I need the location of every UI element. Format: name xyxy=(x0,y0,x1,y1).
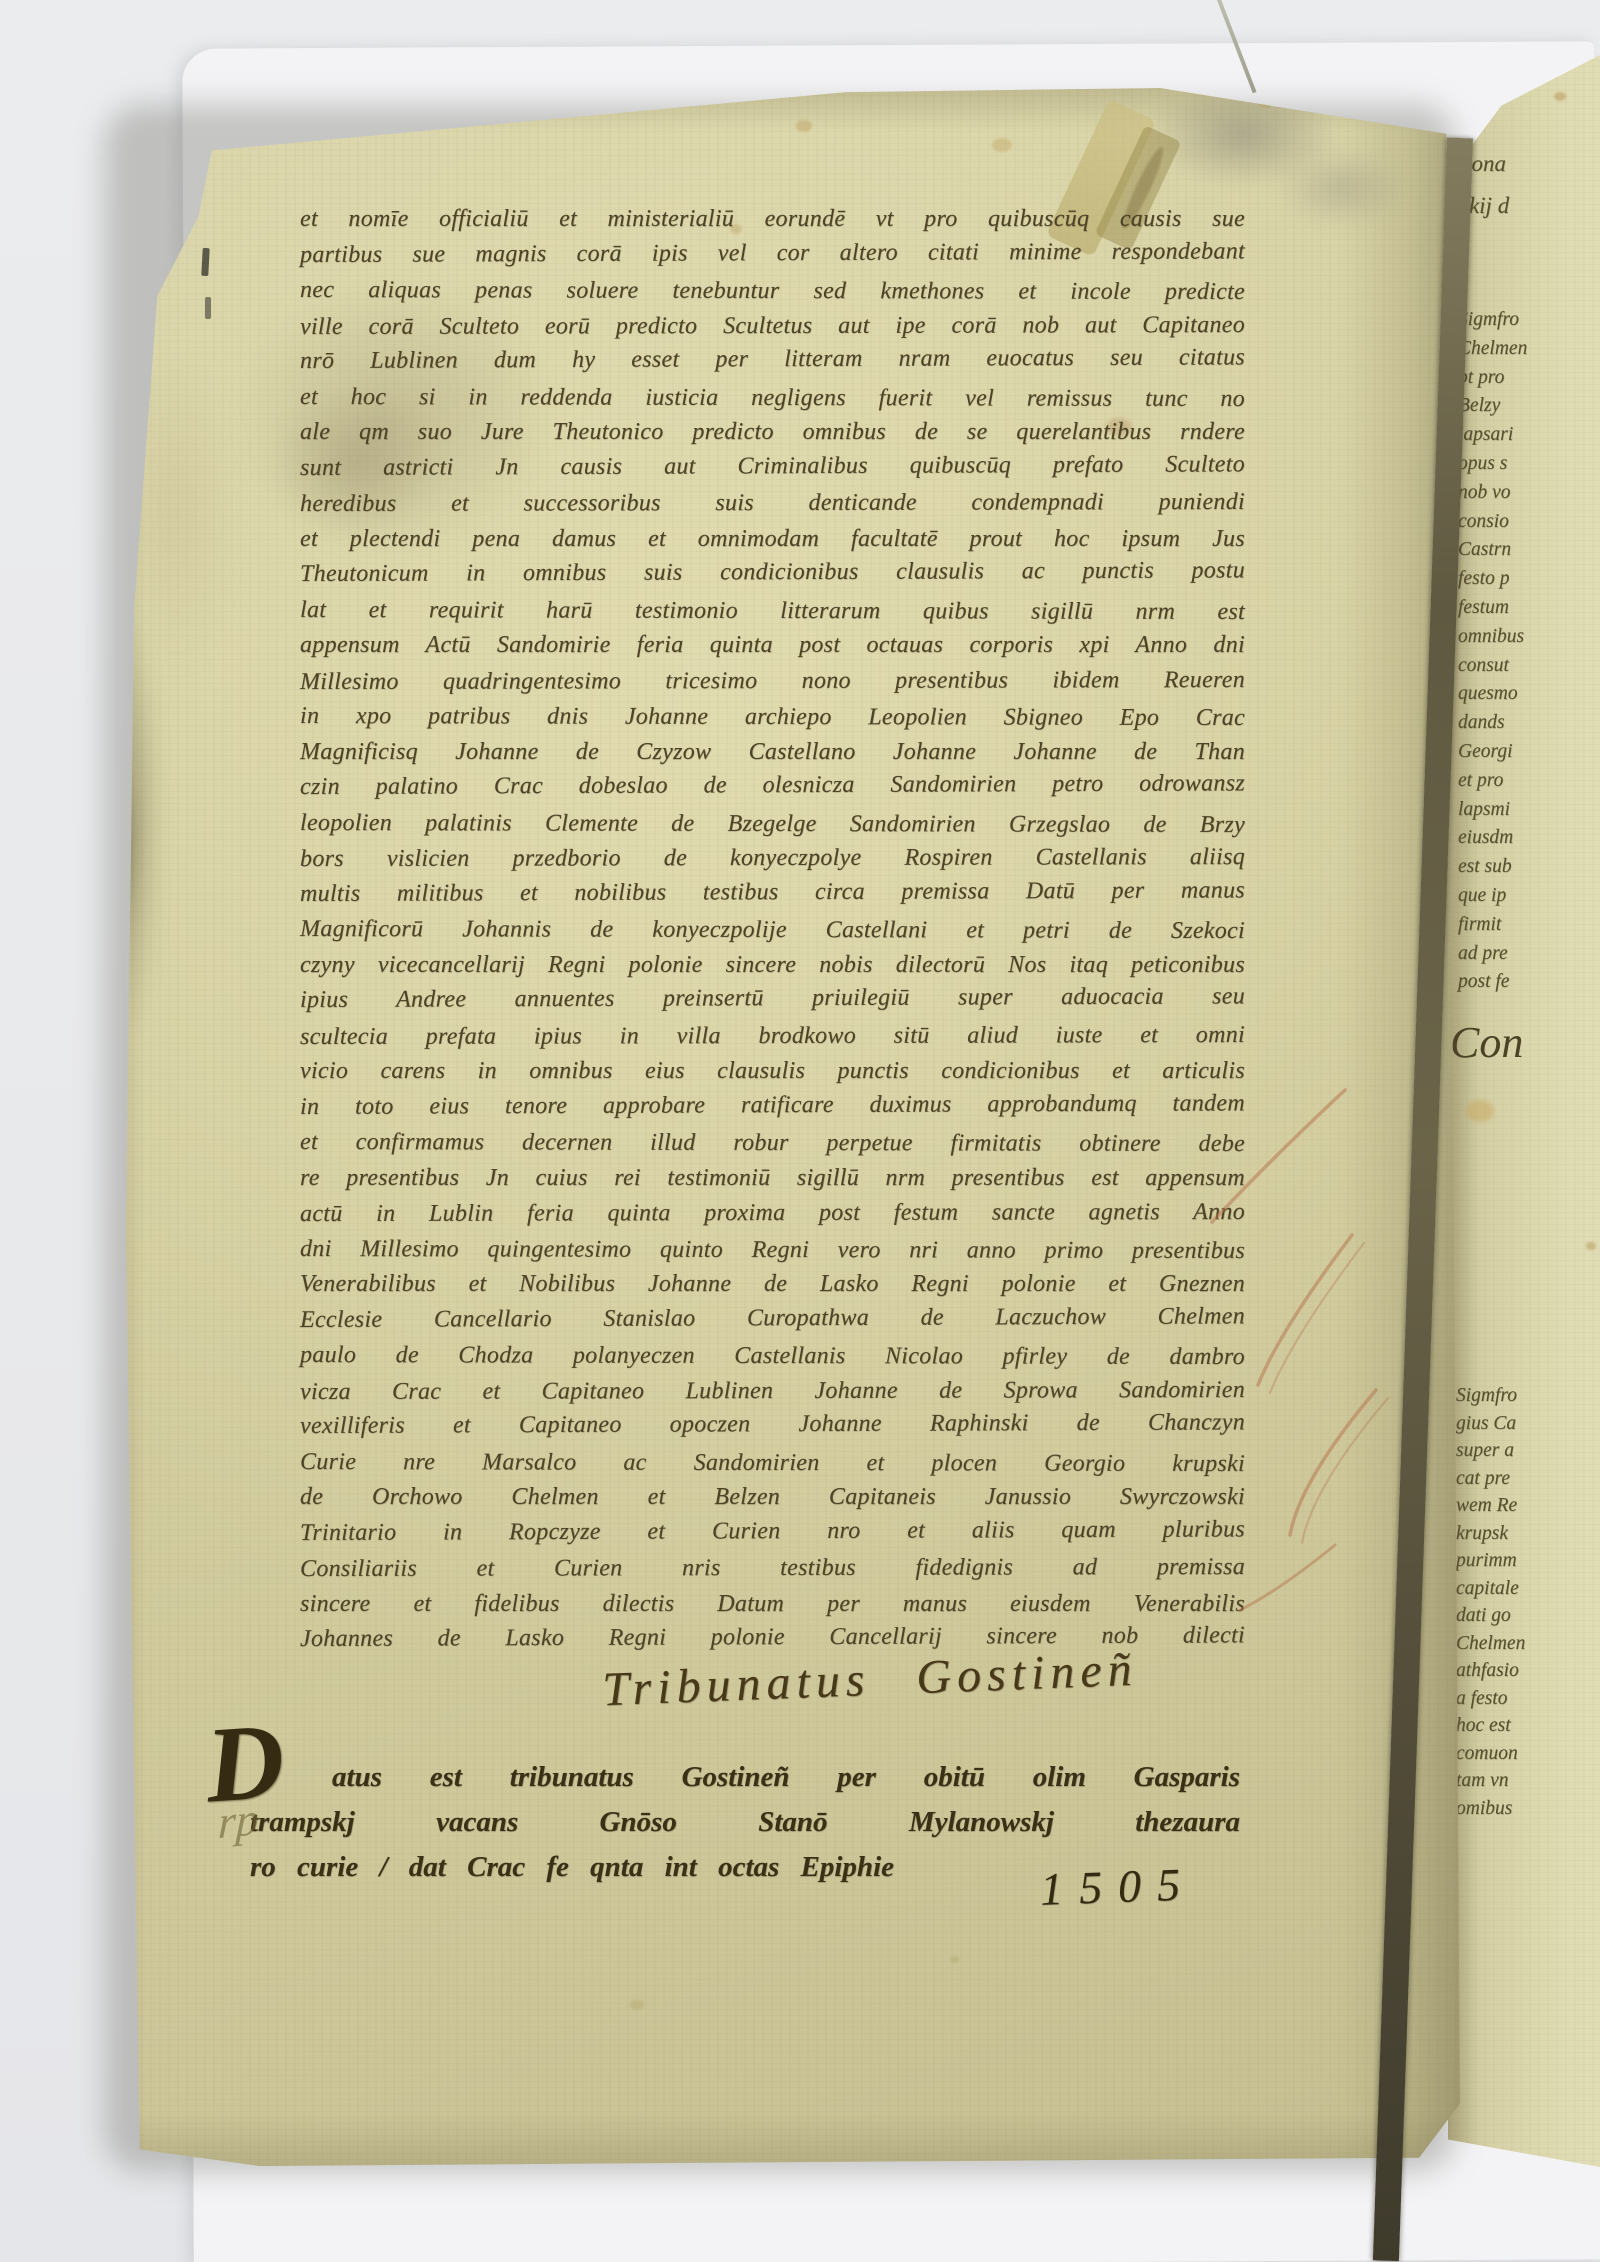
right-page-fragment: Georgi xyxy=(1458,738,1527,767)
right-page-fragment: capitale xyxy=(1456,1575,1525,1603)
right-page-fragment: firmit xyxy=(1458,911,1527,940)
manuscript-line: Magnificisq Johanne de Czyzow Castellano… xyxy=(300,735,1245,771)
right-page-fragment: a festo xyxy=(1456,1685,1525,1713)
manuscript-line: sunt astricti Jn causis aut Criminalibus… xyxy=(300,447,1245,486)
right-page-fragment: wem Re xyxy=(1456,1492,1525,1520)
right-page-margin-block-2: Sigmfrogius Casuper acat prewem Rekrupsk… xyxy=(1456,1382,1525,1822)
manuscript-line: paulo de Chodza polanyeczen Castellanis … xyxy=(300,1338,1245,1375)
stain-foxing xyxy=(950,1956,959,1963)
right-page: donaskij d SigmfroChelmenpt proBelzylaps… xyxy=(1448,55,1600,2167)
right-page-fragment: comuon xyxy=(1456,1740,1525,1768)
manuscript-line: Millesimo quadringentesimo tricesimo non… xyxy=(300,663,1245,700)
manuscript-line: in toto eius tenore approbare ratificare… xyxy=(300,1086,1245,1125)
right-page-fragment: consio xyxy=(1458,508,1527,537)
right-page-fragment: pt pro xyxy=(1458,364,1527,393)
manuscript-line: nec aliquas penas soluere tenebuntur sed… xyxy=(300,273,1245,310)
right-page-fragment: eiusdm xyxy=(1458,824,1527,853)
right-page-fragment: omibus xyxy=(1456,1795,1525,1823)
manuscript-line: et plectendi pena damus et omnimodam fac… xyxy=(300,522,1245,558)
margin-mark: rp xyxy=(217,1792,260,1850)
manuscript-line: Ecclesie Cancellario Stanislao Curopathw… xyxy=(300,1299,1245,1338)
right-page-fragment: Castrn xyxy=(1458,536,1527,565)
right-page-fragment: nob vo xyxy=(1458,479,1527,508)
right-page-fragment: ad pre xyxy=(1458,940,1527,969)
manuscript-photo: donaskij d SigmfroChelmenpt proBelzylaps… xyxy=(0,0,1600,2262)
right-page-fragment: dati go xyxy=(1456,1602,1525,1630)
main-text-block: et nomīe officialiū et ministerialiū eor… xyxy=(300,202,1245,1658)
right-page-fragment: opus s xyxy=(1458,450,1527,479)
manuscript-line: Venerabilibus et Nobilibus Johanne de La… xyxy=(300,1267,1245,1303)
manuscript-line: dni Millesimo quingentesimo quinto Regni… xyxy=(300,1232,1245,1269)
manuscript-line: et nomīe officialiū et ministerialiū eor… xyxy=(300,202,1245,238)
manuscript-line: et confirmamus decernen illud robur perp… xyxy=(300,1125,1245,1162)
manuscript-line: multis militibus et nobilibus testibus c… xyxy=(300,873,1245,912)
manuscript-line: ipius Andree annuentes preinsertū priuil… xyxy=(300,979,1245,1018)
right-page-fragment: lapsmi xyxy=(1458,796,1527,825)
right-page-fragment: post fe xyxy=(1458,968,1527,997)
right-page-fragment: Chelmen xyxy=(1456,1630,1525,1658)
right-page-fragment: tam vn xyxy=(1456,1767,1525,1795)
manuscript-line: ville corā Sculteto eorū predicto Sculte… xyxy=(300,308,1245,345)
manuscript-line: vexilliferis et Capitaneo opoczen Johann… xyxy=(300,1405,1245,1444)
right-page-fragment: dands xyxy=(1458,709,1527,738)
manuscript-line: bors vislicien przedborio de konyeczpoly… xyxy=(300,840,1245,877)
manuscript-line: Magnificorū Johannis de konyeczpolije Ca… xyxy=(300,912,1245,949)
right-page-fragment: Sigmfro xyxy=(1458,306,1527,335)
stain-foxing xyxy=(1554,92,1566,101)
manuscript-line: in xpo patribus dnis Johanne archiepo Le… xyxy=(300,699,1245,736)
manuscript-line: vicza Crac et Capitaneo Lublinen Johanne… xyxy=(300,1373,1245,1410)
manuscript-line: appensum Actū Sandomirie feria quinta po… xyxy=(300,628,1245,664)
manuscript-line: heredibus et successoribus suis dentican… xyxy=(300,485,1245,522)
manuscript-line: Theutonicum in omnibus suis condicionibu… xyxy=(300,553,1245,592)
manuscript-line: nrō Lublinen dum hy esset per litteram n… xyxy=(300,340,1245,379)
year-mark: 1505 xyxy=(1039,1857,1197,1915)
right-page-fragment: omnibus xyxy=(1458,623,1527,652)
manuscript-line: actū in Lublin feria quinta proxima post… xyxy=(300,1195,1245,1232)
right-page-margin-block-1: SigmfroChelmenpt proBelzylapsariopus sno… xyxy=(1458,306,1527,997)
right-page-fragment: purimm xyxy=(1456,1547,1525,1575)
right-page-large-word: Con xyxy=(1450,1017,1523,1068)
manuscript-line: Consiliariis et Curien nris testibus fid… xyxy=(300,1550,1245,1587)
right-page-fragment: et pro xyxy=(1458,767,1527,796)
right-page-fragment: athfasio xyxy=(1456,1657,1525,1685)
stain-foxing xyxy=(1586,1242,1596,1250)
manuscript-line: sincere et fidelibus dilectis Datum per … xyxy=(300,1587,1245,1623)
right-page-fragment: festo p xyxy=(1458,565,1527,594)
manuscript-line: partibus sue magnis corā ipis vel cor al… xyxy=(300,234,1245,273)
right-page-fragment: Sigmfro xyxy=(1456,1382,1525,1410)
manuscript-line: czyny vicecancellarij Regni polonie sinc… xyxy=(300,948,1245,984)
right-page-fragment: consut xyxy=(1458,652,1527,681)
manuscript-line: Curie nre Marsalco ac Sandomirien et plo… xyxy=(300,1445,1245,1482)
right-page-fragment: hoc est xyxy=(1456,1712,1525,1740)
right-page-fragment: festum xyxy=(1458,594,1527,623)
right-page-fragment: quesmo xyxy=(1458,680,1527,709)
manuscript-line: leopolien palatinis Clemente de Bzegelge… xyxy=(300,806,1245,843)
edge-shade xyxy=(96,2112,1460,2166)
stain-foxing xyxy=(630,2000,644,2010)
stain-foxing xyxy=(796,120,812,132)
right-page-fragment: Belzy xyxy=(1458,392,1527,421)
manuscript-line: Trinitario in Ropczyze et Curien nro et … xyxy=(300,1512,1245,1551)
manuscript-line: czin palatino Crac dobeslao de olesnicza… xyxy=(300,766,1245,805)
closing-line: atus est tribunatus Gostineñ per obitū o… xyxy=(250,1755,1240,1800)
right-page-fragment: super a xyxy=(1456,1437,1525,1465)
manuscript-line: scultecia prefata ipius in villa brodkow… xyxy=(300,1018,1245,1055)
edge-mark xyxy=(205,297,211,319)
manuscript-line: re presentibus Jn cuius rei testimoniū s… xyxy=(300,1161,1245,1197)
closing-line: trampskj vacans Gnōso Stanō Mylanowskj t… xyxy=(250,1800,1240,1845)
right-page-fragment: cat pre xyxy=(1456,1465,1525,1493)
right-page-fragment: Chelmen xyxy=(1458,335,1527,364)
stain-foxing xyxy=(992,138,1012,152)
right-page-fragment: que ip xyxy=(1458,882,1527,911)
manuscript-line: ale qm suo Jure Theutonico predicto omni… xyxy=(300,415,1245,451)
edge-mark xyxy=(201,248,209,276)
right-page-fragment: gius Ca xyxy=(1456,1410,1525,1438)
stain-foxing xyxy=(1466,1100,1494,1122)
manuscript-line: et hoc si in reddenda iusticia negligens… xyxy=(300,380,1245,417)
manuscript-line: vicio carens in omnibus eius clausulis p… xyxy=(300,1054,1245,1090)
manuscript-line: lat et requirit harū testimonio litterar… xyxy=(300,593,1245,630)
right-page-fragment: lapsari xyxy=(1458,421,1527,450)
manuscript-line: de Orchowo Chelmen et Belzen Capitaneis … xyxy=(300,1480,1245,1516)
right-page-fragment: est sub xyxy=(1458,853,1527,882)
right-page-fragment: krupsk xyxy=(1456,1520,1525,1548)
stain-smudge xyxy=(1276,148,1406,228)
